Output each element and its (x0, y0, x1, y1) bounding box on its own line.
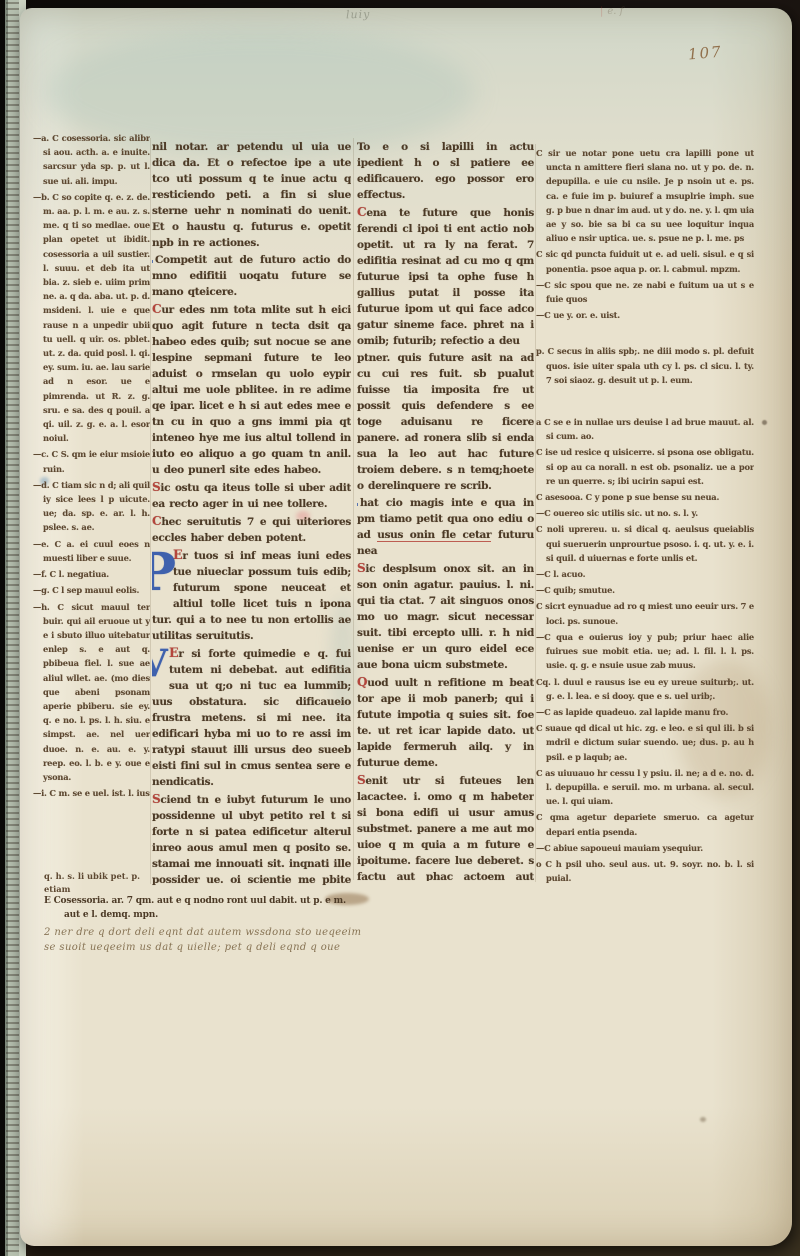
bottom-annotations: q. h. s. li ubik pet. p.etiamE Cosessori… (44, 870, 484, 956)
manuscript-paragraph: C asesooa. C y pone p sue bense su neua. (536, 490, 754, 504)
ruling-line (150, 138, 151, 884)
manuscript-paragraph: Sic ostu qa iteus tolle si uber adit ea … (152, 479, 351, 512)
rubric-capitulum: S (357, 773, 365, 787)
ruling-line (353, 138, 354, 880)
manuscript-paragraph: Sic desplsum onox sit. an in son onin ag… (357, 560, 534, 673)
manuscript-paragraph: se suoit ueqeeim us dat q uielle; pet q … (44, 940, 484, 955)
manuscript-paragraph: aut e l. demq. mpn. (64, 909, 484, 923)
manuscript-paragraph: —C abiue sapoueui mauiam ysequiur. (536, 841, 754, 855)
manuscript-paragraph: PEr tuos si inf meas iuni edes tue niuec… (152, 547, 351, 644)
manuscript-paragraph: —i. C m. se e uel. ist. l. ius (33, 786, 150, 800)
manuscript-paragraph: Cena te future que honis ferendi cl ipoi… (357, 204, 534, 349)
manuscript-paragraph: nil notar. ar petendu ul uia ue dica da.… (152, 139, 351, 251)
left-gloss-column: —a. C cosessoria. sic alibr si aou. acth… (33, 131, 150, 879)
main-text-column-2: To e o si lapilli in actu ipedient h o s… (357, 139, 534, 881)
manuscript-paragraph: —a. C cosessoria. sic alibr si aou. acth… (33, 131, 150, 188)
manuscript-paragraph: C as uiuuauo hr cessu l y psiu. il. ne; … (536, 766, 754, 809)
manuscript-paragraph: —b. C so copite q. e. z. de. m. aa. p. l… (33, 190, 150, 446)
manuscript-paragraph: —C l. acuo. (536, 567, 754, 581)
manuscript-paragraph: To e o si lapilli in actu ipedient h o s… (357, 139, 534, 203)
manuscript-paragraph: C noli uprereu. u. si dical q. aeulsus q… (536, 522, 754, 565)
manuscript-paragraph: o C h psil uho. seul aus. ut. 9. soyr. n… (536, 857, 754, 884)
manuscript-paragraph: —C quib; smutue. (536, 583, 754, 597)
manuscript-paragraph: —f. C l. negatiua. (33, 567, 150, 581)
rubric-letter: E (173, 547, 182, 562)
manuscript-paragraph: VEr si forte quimedie e q. fui tutem ni … (152, 645, 351, 790)
blue-paraph-flourish (152, 252, 153, 263)
gloss-gap (536, 324, 754, 344)
blue-paraph-flourish (357, 495, 358, 506)
edge-text-marks (6, 0, 19, 1256)
gloss-gap (536, 389, 754, 415)
manuscript-paragraph: —g. C l sep mauul eolis. (33, 583, 150, 597)
manuscript-paragraph: C sic qd puncta fuiduit ut e. ad ueli. s… (536, 247, 754, 275)
right-gloss-column: C sir ue notar pone uetu cra lapilli pon… (536, 146, 754, 884)
manuscript-paragraph: etiam (44, 883, 484, 896)
illuminated-initial-V: V (152, 647, 165, 692)
manuscript-paragraph: C sir ue notar pone uetu cra lapilli pon… (536, 146, 754, 245)
manuscript-paragraph: lib; dat. pet q delo ontenta libus (44, 955, 484, 956)
manuscript-paragraph: ptner. quis future asit na ad cu cui res… (357, 350, 534, 494)
manuscript-paragraph: Chec seruitutis 7 e qui uiteriores eccle… (152, 513, 351, 546)
manuscript-paragraph: —C ue y. or. e. uist. (536, 308, 754, 322)
manuscript-paragraph: p. C secus in aliis spb;. ne diii modo s… (536, 344, 754, 387)
manuscript-paragraph: —d. C tiam sic n d; ali quil iy sice lee… (33, 478, 150, 535)
manuscript-paragraph: Competit aut de futuro actio do mno edif… (152, 252, 351, 300)
top-right-inscription: |e. f (600, 6, 623, 17)
speck (762, 420, 767, 425)
manuscript-paragraph: C sicrt eynuadue ad ro q miest uno eeuir… (536, 599, 754, 627)
rubric-capitulum: C (357, 205, 366, 219)
rubric-letter: E (169, 645, 178, 660)
manuscript-paragraph: —C as lapide quadeuo. zal lapide manu fr… (536, 705, 754, 719)
manuscript-paragraph: —C ouereo sic utilis sic. ut no. s. l. y… (536, 506, 754, 520)
manuscript-paragraph: 2 ner dre q dort deli eqnt dat autem wss… (44, 925, 484, 940)
manuscript-paragraph: Quod uult n refitione m beat tor ape ii … (357, 674, 534, 771)
manuscript-paragraph: C qma agetur depariete smeruo. ca agetur… (536, 810, 754, 838)
manuscript-paragraph: Cq. l. duul e rausus ise eu ey ureue sui… (536, 675, 754, 703)
manuscript-paragraph: q. h. s. li ubik pet. p. (44, 870, 484, 883)
manuscript-paragraph: a C se e in nullae urs deuise l ad brue … (536, 415, 754, 443)
manuscript-paragraph: —c. C S. qm ie eiur msioie ruin. (33, 447, 150, 475)
manuscript-paragraph: hat cio magis inte e qua in pm tiamo pet… (357, 495, 534, 559)
rubric-capitulum: S (152, 480, 160, 494)
manuscript-paragraph: Senit utr si futeues len lacactee. i. om… (357, 772, 534, 881)
manuscript-paragraph: —e. C a. ei cuul eoes n muesti liber e s… (33, 537, 150, 565)
red-tick-mark: | (600, 6, 603, 17)
manuscript-photo: { "page": { "folio_number": "107", "runn… (0, 0, 800, 1256)
manuscript-paragraph: —C sic spou que ne. ze nabi e fuitum ua … (536, 278, 754, 306)
manuscript-paragraph: —h. C sicut mauul ter buir. qui ail eruo… (33, 600, 150, 785)
manuscript-paragraph: C suaue qd dical ut hic. zg. e leo. e si… (536, 721, 754, 764)
highlighted-text: usus onin fle cetar (377, 529, 491, 542)
illuminated-initial-P: P (152, 550, 169, 610)
rubric-capitulum: S (152, 792, 160, 806)
rubric-capitulum: C (152, 514, 161, 528)
manuscript-paragraph: C ise ud resice q uisicerre. si psona os… (536, 445, 754, 488)
manuscript-paragraph: Cur edes nm tota mlite sut h eici quo ag… (152, 301, 351, 478)
rubric-capitulum: C (152, 302, 161, 316)
rubric-capitulum: S (357, 561, 365, 575)
running-header: luiy (346, 8, 371, 22)
manuscript-paragraph: —C qua e ouierus ioy y pub; priur haec a… (536, 630, 754, 673)
manuscript-paragraph: E Cosessoria. ar. 7 qm. aut e q nodno ro… (44, 895, 484, 909)
rubric-capitulum: Q (357, 675, 367, 689)
folio-number: 107 (687, 43, 723, 64)
speck (700, 1117, 706, 1122)
main-text-column-1: nil notar. ar petendu ul uia ue dica da.… (152, 139, 351, 886)
